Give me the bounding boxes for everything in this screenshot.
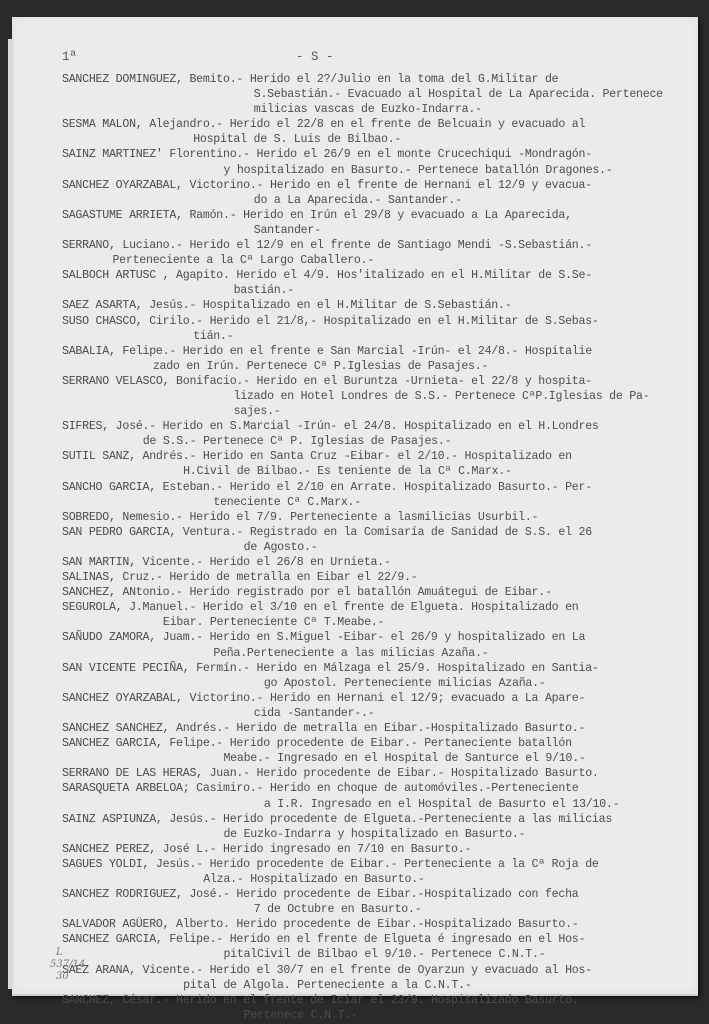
list-item: SANCHEZ RODRIGUEZ, José.- Herido procede… <box>62 887 688 917</box>
entry-text: José L.- Herido ingresado en 7/10 en Bas… <box>163 843 472 856</box>
entry-first-line: SIFRES, José.- Herido en S.Marcial -Irún… <box>62 419 688 434</box>
person-name: SANCHEZ PEREZ, <box>62 843 156 856</box>
document-page: 1ª - S - SANCHEZ DOMINGUEZ, Bemito.- Her… <box>12 17 698 996</box>
entry-text: Bonifacio.- Herido en el Buruntza -Urnie… <box>176 375 592 388</box>
entry-continuation-line: go Apostol. Perteneciente milicias Azaña… <box>62 676 688 691</box>
entry-first-line: SAEZ ASARTA, Jesús.- Hospitalizado en el… <box>62 298 688 313</box>
entry-first-line: SAGASTUME ARRIETA, Ramón.- Herido en Irú… <box>62 208 688 223</box>
entry-continuation-line: zado en Irún. Pertenece Cª P.Iglesias de… <box>62 359 688 374</box>
entry-text: Andrés.- Herido de metralla en Eibar.-Ho… <box>176 722 585 735</box>
marginal-note-line: 30 <box>50 971 85 983</box>
entry-first-line: SANCHEZ GARCIA, Felipe.- Herido en el fr… <box>62 932 688 947</box>
list-item: SERRANO, Luciano.- Herido el 12/9 en el … <box>62 238 688 268</box>
person-name: SANCHEZ RODRIGUEZ, <box>62 888 183 901</box>
list-item: SUTIL SANZ, Andrés.- Herido en Santa Cru… <box>62 449 688 479</box>
person-name: SARASQUETA ARBELOA; <box>62 782 189 795</box>
page-header: 1ª - S - <box>62 50 668 66</box>
person-name: SANCHEZ, <box>62 994 116 1007</box>
person-name: SANCHEZ SANCHEZ, <box>62 722 169 735</box>
entry-text: Florentino.- Herido el 26/9 en el monte … <box>169 148 592 161</box>
entry-first-line: SERRANO VELASCO, Bonifacio.- Herido en e… <box>62 374 688 389</box>
person-name: SABALIA, <box>62 345 116 358</box>
entry-first-line: SUTIL SANZ, Andrés.- Herido en Santa Cru… <box>62 449 688 464</box>
person-name: SAGASTUME ARRIETA, <box>62 209 183 222</box>
casualty-list: SANCHEZ DOMINGUEZ, Bemito.- Herido el 2?… <box>62 72 688 1023</box>
list-item: SAN VICENTE PECIÑA, Fermín.- Herido en M… <box>62 661 688 691</box>
entry-first-line: SAN VICENTE PECIÑA, Fermín.- Herido en M… <box>62 661 688 676</box>
list-item: SAN PEDRO GARCIA, Ventura.- Registrado e… <box>62 525 688 555</box>
entry-first-line: SANCHEZ OYARZABAL, Victorino.- Herido en… <box>62 178 688 193</box>
list-item: SAINZ ASPIUNZA, Jesús.- Herido procedent… <box>62 812 688 842</box>
person-name: SAGUES YOLDI, <box>62 858 149 871</box>
entry-first-line: SALINAS, Cruz.- Herido de metralla en Ei… <box>62 570 688 585</box>
entry-text: Andrés.- Herido en Santa Cruz -Eibar- el… <box>143 450 572 463</box>
marginal-note-line: 537/14 <box>50 959 85 971</box>
entry-first-line: SANCHEZ OYARZABAL, Victorino.- Herido en… <box>62 691 688 706</box>
person-name: SANCHEZ, <box>62 586 116 599</box>
entry-continuation-line: Eibar. Perteneciente Cª T.Meabe.- <box>62 615 688 630</box>
entry-text: Jesús.- Hospitalizado en el H.Militar de… <box>149 299 511 312</box>
list-item: SANCHEZ GARCIA, Felipe.- Herido proceden… <box>62 736 688 766</box>
person-name: SERRANO DE LAS HERAS, <box>62 767 203 780</box>
entry-first-line: SAÑUDO ZAMORA, Juam.- Herido en S.Miguel… <box>62 630 688 645</box>
list-item: SANCHEZ, César.- Herido en el frente de … <box>62 993 688 1023</box>
entry-text: Juan.- Herido procedente de Eibar.- Hosp… <box>210 767 599 780</box>
person-name: SANCHEZ OYARZABAL, <box>62 692 183 705</box>
entry-first-line: SALBOCH ARTUSC , Agapito. Herido el 4/9.… <box>62 268 688 283</box>
entry-continuation-line: lizado en Hotel Londres de S.S.- Pertene… <box>62 389 688 404</box>
person-name: SAÑUDO ZAMORA, <box>62 631 156 644</box>
entry-continuation-line: milicias vascas de Euzko-Indarra.- <box>62 102 688 117</box>
entry-continuation-line: pitalCivil de Bilbao el 9/10.- Pertenece… <box>62 947 688 962</box>
entry-continuation-line: Perteneciente a la Cª Largo Caballero.- <box>62 253 688 268</box>
list-item: SAGASTUME ARRIETA, Ramón.- Herido en Irú… <box>62 208 688 238</box>
sequence-number: 1ª <box>62 50 77 64</box>
person-name: SAINZ ASPIUNZA, <box>62 813 163 826</box>
entry-text: José.- Herido en S.Marcial -Irún- el 24/… <box>116 420 599 433</box>
entry-text: Ventura.- Registrado en la Comisaría de … <box>183 526 592 539</box>
person-name: SOBREDO, <box>62 511 116 524</box>
page-letter: - S - <box>296 50 334 64</box>
list-item: SANCHEZ, ANtonio.- Herido registrado por… <box>62 585 688 600</box>
entry-continuation-line: cida -Santander-.- <box>62 706 688 721</box>
list-item: SARASQUETA ARBELOA; Casimiro.- Herido en… <box>62 781 688 811</box>
list-item: SERRANO DE LAS HERAS, Juan.- Herido proc… <box>62 766 688 781</box>
list-item: SALBOCH ARTUSC , Agapito. Herido el 4/9.… <box>62 268 688 298</box>
entry-continuation-line: 7 de Octubre en Basurto.- <box>62 902 688 917</box>
entry-text: Luciano.- Herido el 12/9 en el frente de… <box>122 239 592 252</box>
entry-text: Bemito.- Herido el 2?/Julio en la toma d… <box>189 73 558 86</box>
entry-first-line: SERRANO DE LAS HERAS, Juan.- Herido proc… <box>62 766 688 781</box>
entry-continuation-line: do a La Aparecida.- Santander.- <box>62 193 688 208</box>
entry-continuation-line: Alza.- Hospitalizado en Basurto.- <box>62 872 688 887</box>
entry-text: Cruz.- Herido de metralla en Eibar el 22… <box>122 571 417 584</box>
entry-continuation-line: bastián.- <box>62 283 688 298</box>
list-item: SIFRES, José.- Herido en S.Marcial -Irún… <box>62 419 688 449</box>
entry-first-line: SARASQUETA ARBELOA; Casimiro.- Herido en… <box>62 781 688 796</box>
entry-continuation-line: de Euzko-Indarra y hospitalizado en Basu… <box>62 827 688 842</box>
entry-first-line: SAINZ ASPIUNZA, Jesús.- Herido procedent… <box>62 812 688 827</box>
list-item: SAÑUDO ZAMORA, Juam.- Herido en S.Miguel… <box>62 630 688 660</box>
person-name: SANCHEZ OYARZABAL, <box>62 179 183 192</box>
entry-text: César.- Herido en el frente de Icíar el … <box>122 994 578 1007</box>
entry-continuation-line: Santander- <box>62 223 688 238</box>
entry-first-line: SAN PEDRO GARCIA, Ventura.- Registrado e… <box>62 525 688 540</box>
person-name: SAEZ ASARTA, <box>62 299 143 312</box>
entry-continuation-line: H.Civil de Bilbao.- Es teniente de la Cª… <box>62 464 688 479</box>
entry-text: Juam.- Herido en S.Miguel -Eibar- el 26/… <box>163 631 586 644</box>
person-name: SAN MARTIN, <box>62 556 136 569</box>
person-name: SALVADOR AGÜERO, <box>62 918 169 931</box>
entry-text: Nemesio.- Herido el 7/9. Perteneciente a… <box>122 511 538 524</box>
list-item: SANCHEZ DOMINGUEZ, Bemito.- Herido el 2?… <box>62 72 688 117</box>
entry-first-line: SEGUROLA, J.Manuel.- Herido el 3/10 en e… <box>62 600 688 615</box>
entry-first-line: SAINZ MARTINEZ' Florentino.- Herido el 2… <box>62 147 688 162</box>
entry-continuation-line: sajes.- <box>62 404 688 419</box>
list-item: SOBREDO, Nemesio.- Herido el 7/9. Perten… <box>62 510 688 525</box>
entry-text: Casimiro.- Herido en choque de automóvil… <box>196 782 578 795</box>
entry-first-line: SALVADOR AGÜERO, Alberto. Herido procede… <box>62 917 688 932</box>
person-name: SALBOCH ARTUSC , <box>62 269 169 282</box>
entry-text: Felipe.- Herido en el frente e San Marci… <box>122 345 592 358</box>
entry-continuation-line: a I.R. Ingresado en el Hospital de Basur… <box>62 797 688 812</box>
person-name: SANCHEZ DOMINGUEZ, <box>62 73 183 86</box>
entry-first-line: SANCHEZ PEREZ, José L.- Herido ingresado… <box>62 842 688 857</box>
entry-continuation-line: Meabe.- Ingresado en el Hospital de Sant… <box>62 751 688 766</box>
entry-first-line: SAN MARTIN, Vicente.- Herido el 26/8 en … <box>62 555 688 570</box>
person-name: SEGUROLA, <box>62 601 122 614</box>
list-item: SERRANO VELASCO, Bonifacio.- Herido en e… <box>62 374 688 419</box>
entry-continuation-line: de S.S.- Pertenece Cª P. Iglesias de Pas… <box>62 434 688 449</box>
entry-text: Cirilo.- Herido el 21/8,- Hospitalizado … <box>149 315 598 328</box>
entry-first-line: SANCHEZ, ANtonio.- Herido registrado por… <box>62 585 688 600</box>
list-item: SANCHO GARCIA, Esteban.- Herido el 2/10 … <box>62 480 688 510</box>
person-name: SANCHO GARCIA, <box>62 481 156 494</box>
entry-continuation-line: y hospitalizado en Basurto.- Pertenece b… <box>62 163 688 178</box>
entry-first-line: SERRANO, Luciano.- Herido el 12/9 en el … <box>62 238 688 253</box>
list-item: SANCHEZ GARCIA, Felipe.- Herido en el fr… <box>62 932 688 962</box>
entry-first-line: SOBREDO, Nemesio.- Herido el 7/9. Perten… <box>62 510 688 525</box>
person-name: SAN VICENTE PECIÑA, <box>62 662 189 675</box>
entry-first-line: SABALIA, Felipe.- Herido en el frente e … <box>62 344 688 359</box>
entry-text: Felipe.- Herido procedente de Eibar.- Pe… <box>169 737 571 750</box>
entry-text: Vicente.- Herido el 26/8 en Urnieta.- <box>143 556 391 569</box>
list-item: SAEZ ARANA, Vicente.- Herido el 30/7 en … <box>62 963 688 993</box>
handwritten-marginal-note: L 537/14 30 <box>50 947 85 983</box>
list-item: SANCHEZ OYARZABAL, Victorino.- Herido en… <box>62 178 688 208</box>
person-name: SALINAS, <box>62 571 116 584</box>
list-item: SAGUES YOLDI, Jesús.- Herido procedente … <box>62 857 688 887</box>
entry-continuation-line: teneciente Cª C.Marx.- <box>62 495 688 510</box>
entry-continuation-line: tián.- <box>62 329 688 344</box>
list-item: SAN MARTIN, Vicente.- Herido el 26/8 en … <box>62 555 688 570</box>
list-item: SEGUROLA, J.Manuel.- Herido el 3/10 en e… <box>62 600 688 630</box>
person-name: SUTIL SANZ, <box>62 450 136 463</box>
entry-text: ANtonio.- Herido registrado por el batal… <box>122 586 551 599</box>
entry-first-line: SAEZ ARANA, Vicente.- Herido el 30/7 en … <box>62 963 688 978</box>
entry-first-line: SUSO CHASCO, Cirilo.- Herido el 21/8,- H… <box>62 314 688 329</box>
person-name: SAN PEDRO GARCIA, <box>62 526 176 539</box>
entry-text: Alejandro.- Herido el 22/8 en el frente … <box>149 118 585 131</box>
entry-text: José.- Herido procedente de Eibar.-Hospi… <box>189 888 578 901</box>
person-name: SERRANO VELASCO, <box>62 375 169 388</box>
list-item: SABALIA, Felipe.- Herido en el frente e … <box>62 344 688 374</box>
person-name: SESMA MALON, <box>62 118 143 131</box>
entry-text: Felipe.- Herido en el frente de Elgueta … <box>169 933 585 946</box>
person-name: SAINZ MARTINEZ' <box>62 148 163 161</box>
entry-first-line: SANCHEZ, César.- Herido en el frente de … <box>62 993 688 1008</box>
entry-text: Agapito. Herido el 4/9. Hos'italizado en… <box>176 269 592 282</box>
entry-text: Ramón.- Herido en Irún el 29/8 y evacuad… <box>189 209 571 222</box>
person-name: SIFRES, <box>62 420 109 433</box>
entry-text: Victorino.- Herido en Hernani el 12/9; e… <box>189 692 585 705</box>
entry-text: Jesús.- Herido procedente de Elgueta.-Pe… <box>169 813 612 826</box>
entry-text: Esteban.- Herido el 2/10 en Arrate. Hosp… <box>163 481 592 494</box>
entry-first-line: SANCHEZ SANCHEZ, Andrés.- Herido de metr… <box>62 721 688 736</box>
entry-first-line: SANCHEZ RODRIGUEZ, José.- Herido procede… <box>62 887 688 902</box>
entry-first-line: SANCHEZ GARCIA, Felipe.- Herido proceden… <box>62 736 688 751</box>
entry-text: Jesús.- Herido procedente de Eibar.- Per… <box>156 858 599 871</box>
person-name: SANCHEZ GARCIA, <box>62 933 163 946</box>
entry-continuation-line: de Agosto.- <box>62 540 688 555</box>
entry-continuation-line: Peña.Perteneciente a las milicias Azaña.… <box>62 646 688 661</box>
person-name: SANCHEZ GARCIA, <box>62 737 163 750</box>
entry-text: Victorino.- Herido en el frente de Herna… <box>189 179 591 192</box>
entry-first-line: SESMA MALON, Alejandro.- Herido el 22/8 … <box>62 117 688 132</box>
entry-text: Fermín.- Herido en Málzaga el 25/9. Hosp… <box>196 662 598 675</box>
marginal-note-line: L <box>50 947 85 959</box>
list-item: SALINAS, Cruz.- Herido de metralla en Ei… <box>62 570 688 585</box>
entry-first-line: SANCHEZ DOMINGUEZ, Bemito.- Herido el 2?… <box>62 72 688 87</box>
entry-text: J.Manuel.- Herido el 3/10 en el frente d… <box>129 601 578 614</box>
entry-text: Alberto. Herido procedente de Eibar.-Hos… <box>176 918 578 931</box>
entry-continuation-line: S.Sebastián.- Evacuado al Hospital de La… <box>62 87 688 102</box>
entry-first-line: SAGUES YOLDI, Jesús.- Herido procedente … <box>62 857 688 872</box>
list-item: SESMA MALON, Alejandro.- Herido el 22/8 … <box>62 117 688 147</box>
list-item: SALVADOR AGÜERO, Alberto. Herido procede… <box>62 917 688 932</box>
list-item: SANCHEZ PEREZ, José L.- Herido ingresado… <box>62 842 688 857</box>
person-name: SERRANO, <box>62 239 116 252</box>
entry-continuation-line: Hospital de S. Luis de Bilbao.- <box>62 132 688 147</box>
person-name: SUSO CHASCO, <box>62 315 143 328</box>
entry-first-line: SANCHO GARCIA, Esteban.- Herido el 2/10 … <box>62 480 688 495</box>
list-item: SAEZ ASARTA, Jesús.- Hospitalizado en el… <box>62 298 688 313</box>
entry-continuation-line: pital de Algola. Perteneciente a la C.N.… <box>62 978 688 993</box>
list-item: SUSO CHASCO, Cirilo.- Herido el 21/8,- H… <box>62 314 688 344</box>
list-item: SAINZ MARTINEZ' Florentino.- Herido el 2… <box>62 147 688 177</box>
list-item: SANCHEZ OYARZABAL, Victorino.- Herido en… <box>62 691 688 721</box>
list-item: SANCHEZ SANCHEZ, Andrés.- Herido de metr… <box>62 721 688 736</box>
entry-text: Vicente.- Herido el 30/7 en el frente de… <box>143 964 592 977</box>
entry-continuation-line: Pertenece C.N.T.- <box>62 1008 688 1023</box>
